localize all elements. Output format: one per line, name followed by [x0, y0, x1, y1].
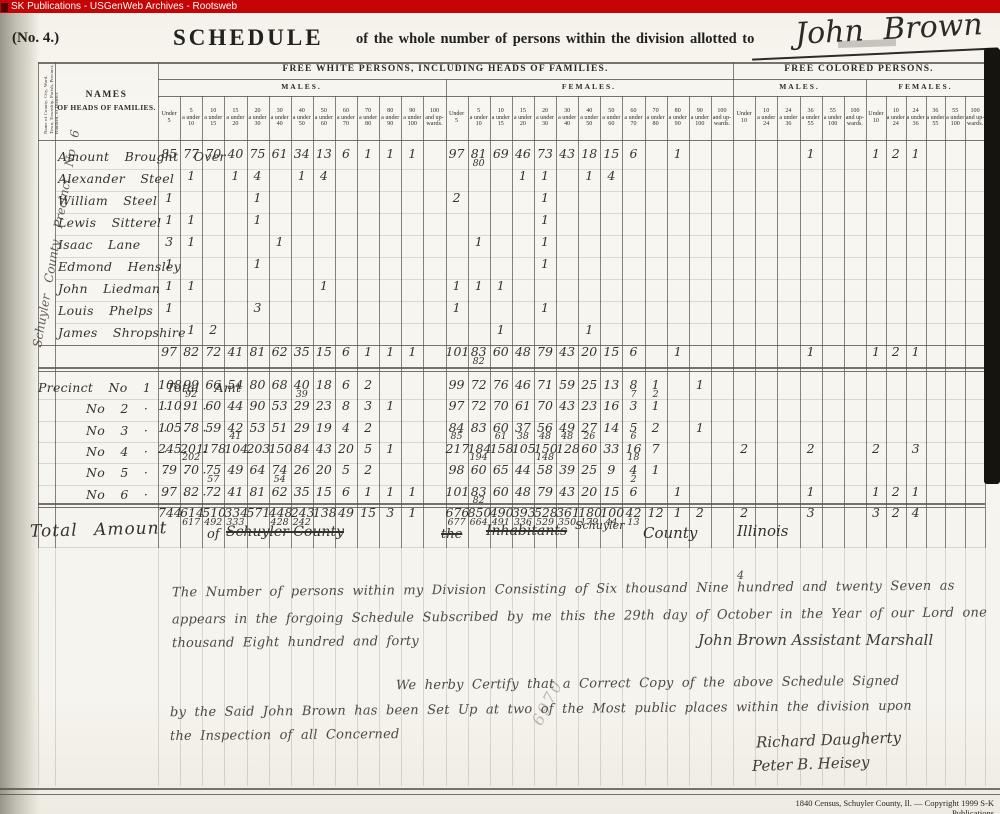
age-column-header: 70 a under 80 [645, 97, 667, 139]
cell-value: 7 [645, 443, 667, 455]
grid-cell: 1 [379, 400, 401, 420]
grid-cell: 72 [202, 346, 224, 367]
grid-cell: 110 [158, 400, 180, 420]
grid-cell: 128 [556, 443, 578, 463]
cell-value: 80 [246, 379, 268, 391]
cell-value: 1 [180, 280, 202, 292]
grid-cell: 7454 [269, 464, 291, 484]
cell-value: 1 [446, 280, 468, 292]
grid-cell: 1 [906, 148, 926, 169]
cell-value: 1 [246, 214, 268, 226]
grid-cell: 2 [202, 324, 224, 345]
cell-value: 49 [224, 464, 246, 476]
grand-total-note: of [207, 527, 220, 542]
grid-vline [755, 96, 756, 548]
grid-cell: 4 [335, 422, 357, 442]
grid-cell: 1 [534, 236, 556, 257]
row-rule [38, 547, 985, 548]
cell-value: 6 [622, 486, 644, 498]
cell-value: 2 [202, 324, 224, 336]
age-column-header: 24 a under 36 [777, 97, 799, 139]
cell-value: 16 [600, 400, 622, 412]
cell-value: 1 [645, 400, 667, 412]
cell-value: 1 [379, 443, 401, 455]
grand-total-note: Schuyler County [226, 524, 344, 540]
cell-value: 48 [512, 346, 534, 358]
white-males-header: MALES. [158, 82, 445, 91]
grid-cell: 1 [158, 280, 180, 301]
grid-cell: 1 [534, 258, 556, 279]
grid-cell: 1 [180, 214, 202, 235]
cell-value: 1 [667, 346, 689, 358]
cell-value: 35 [291, 486, 313, 498]
grid-cell: 1 [512, 170, 534, 191]
names-header-line1: NAMES [55, 90, 158, 100]
cell-value: 79 [534, 346, 556, 358]
cell-value: 245 [158, 443, 180, 455]
age-column-header: Under 5 [158, 97, 180, 139]
cell-value: 1 [313, 280, 335, 292]
grid-ghost-line [247, 548, 248, 786]
grand-total-label: Total Amount [30, 518, 168, 542]
grid-cell: 8485 [446, 422, 468, 442]
grid-cell: 81 [246, 346, 268, 367]
cell-value: 81 [246, 486, 268, 498]
cell-value: 1 [446, 302, 468, 314]
cell-value: 97 [158, 346, 180, 358]
grid-cell: 26 [291, 464, 313, 484]
cell-value: 51 [269, 422, 291, 434]
age-column-header: 10 a under 15 [490, 97, 512, 139]
cell-value: 101 [446, 486, 468, 498]
grid-vline [423, 96, 424, 548]
grid-cell: 59 [202, 422, 224, 442]
grid-cell: 1 [401, 346, 423, 367]
grid-cell: 15 [357, 507, 379, 546]
grid-cell: 1 [645, 400, 667, 420]
grid-cell: 44 [512, 464, 534, 484]
cell-value: 1 [645, 464, 667, 476]
cell-value: 20 [578, 346, 600, 358]
white-females-header: FEMALES. [445, 82, 733, 91]
marshal-signature: John Brown Assistant Marshall [698, 631, 933, 649]
grid-cell: 33 [600, 443, 622, 463]
grid-cell: 43 [556, 346, 578, 367]
grid-cell: 1 [578, 170, 600, 191]
age-column-header: 90 a under 100 [401, 97, 423, 139]
grid-cell: 1 [180, 236, 202, 257]
grid-cell: 4241 [224, 422, 246, 442]
grid-cell: 150 [269, 443, 291, 463]
grid-cell: 158 [490, 443, 512, 463]
cell-value: 4 [600, 170, 622, 182]
cell-value: 2 [886, 507, 906, 519]
cell-value: 1 [534, 302, 556, 314]
grid-cell: 1 [158, 302, 180, 323]
grid-cell: 60 [202, 400, 224, 420]
grid-cell: 43 [313, 443, 335, 463]
cell-value: 84 [291, 443, 313, 455]
cell-value: 60 [490, 346, 512, 358]
household-name: Alexander Steel [58, 171, 174, 186]
grid-cell: 40 [224, 148, 246, 169]
cell-value: 2 [733, 507, 755, 519]
age-column-header: 90 a under 100 [689, 97, 711, 139]
age-column-header: 100 and up- wards. [844, 97, 866, 139]
grand-total-note: County [643, 524, 697, 542]
cell-value: 60 [202, 400, 224, 412]
grid-cell: 72 [468, 400, 490, 420]
cell-value: 58 [534, 464, 556, 476]
grid-cell: 68 [269, 379, 291, 399]
cell-value: 76 [490, 379, 512, 391]
grid-cell: 97 [158, 486, 180, 506]
cell-value: 1 [800, 346, 822, 358]
grid-cell: 2 [886, 486, 906, 506]
grid-cell: 6 [622, 486, 644, 506]
grid-cell: 48 [512, 346, 534, 367]
cell-value: 5 [357, 443, 379, 455]
cell-value: 33 [600, 443, 622, 455]
grid-cell: 217 [446, 443, 468, 463]
grid-cell: 2 [446, 192, 468, 213]
grid-hline [0, 788, 1000, 790]
grid-cell: 1 [357, 148, 379, 169]
cell-value: 4 [313, 170, 335, 182]
grid-cell: 79 [534, 486, 556, 506]
grid-cell: 18 [313, 379, 335, 399]
age-column-header: 10 a under 24 [886, 97, 906, 139]
grid-cell: 1 [269, 236, 291, 257]
cell-value: 43 [556, 148, 578, 160]
grid-cell: 80 [246, 379, 268, 399]
cell-value: 1 [357, 148, 379, 160]
grid-cell: 43 [556, 148, 578, 169]
grid-cell: 8382 [468, 346, 490, 367]
grid-cell: 6 [335, 379, 357, 399]
grid-cell: 70 [180, 464, 202, 484]
cell-value: 3 [246, 302, 268, 314]
age-column-header: Under 5 [446, 97, 468, 139]
grid-cell: 73 [534, 148, 556, 169]
grid-vline [55, 62, 56, 548]
cell-value: 571 [246, 507, 268, 519]
cell-value: 41 [224, 346, 246, 358]
cell-value: 53 [246, 422, 268, 434]
cell-value: 20 [578, 486, 600, 498]
cell-value: 2 [886, 148, 906, 160]
grid-cell: 1 [906, 346, 926, 367]
grid-cell: 15 [600, 148, 622, 169]
grid-cell: 71 [534, 379, 556, 399]
grid-cell: 13 [313, 148, 335, 169]
grid-cell: 108 [158, 379, 180, 399]
cell-value: 62 [269, 346, 291, 358]
cell-value: 72 [202, 346, 224, 358]
cell-value: 15 [313, 346, 335, 358]
row-rule [55, 191, 985, 192]
grid-cell: 101 [446, 486, 468, 506]
cell-value: 73 [534, 148, 556, 160]
grid-cell: 201202 [180, 443, 202, 463]
cell-value: 158 [490, 443, 512, 455]
age-column-header: 10 a under 15 [202, 97, 224, 139]
grid-cell: 245 [158, 443, 180, 463]
grid-cell: 1 [468, 280, 490, 301]
cell-value: 3 [906, 443, 926, 455]
cell-value: 1 [224, 170, 246, 182]
grid-cell: 61 [512, 400, 534, 420]
grid-cell: 13 [600, 379, 622, 399]
cell-value: 2 [689, 507, 711, 519]
grid-cell: 1 [800, 346, 822, 367]
grid-cell: 41 [224, 346, 246, 367]
cell-value: 54 [224, 379, 246, 391]
grid-cell: 49 [224, 464, 246, 484]
grid-cell: 2 [886, 148, 906, 169]
household-name: Isaac Lane [58, 237, 140, 252]
grid-cell: 84 [291, 443, 313, 463]
grid-cell: 1 [158, 192, 180, 213]
grid-cell: 1 [534, 170, 556, 191]
cell-value: 1 [534, 170, 556, 182]
grid-cell: 4213 [622, 507, 644, 546]
grid-cell: 2 [800, 443, 822, 463]
district-stub-header: Name of County, City, Ward, Town, Townsh… [43, 64, 60, 134]
grid-cell: 1 [866, 346, 886, 367]
grid-cell: 23 [313, 400, 335, 420]
grid-cell: 1 [446, 280, 468, 301]
cell-value: 1 [180, 324, 202, 336]
grid-cell: 65 [490, 464, 512, 484]
cell-value: 2 [866, 443, 886, 455]
grid-cell: 9 [600, 464, 622, 484]
cell-value: 41 [224, 486, 246, 498]
cell-value: 1 [578, 170, 600, 182]
cell-value: 1 [866, 486, 886, 498]
cell-value: 1 [667, 486, 689, 498]
cell-value: 69 [490, 148, 512, 160]
certification-line-3: the Inspection of all Concerned [170, 727, 400, 744]
cell-value: 1 [379, 148, 401, 160]
age-column-header: 100 and up- wards. [423, 97, 445, 139]
grid-cell: 1 [180, 280, 202, 301]
colored-males-header: MALES. [733, 82, 866, 91]
cell-value: 2 [357, 379, 379, 391]
age-column-header: 20 a under 30 [534, 97, 556, 139]
cell-value: 1 [468, 236, 490, 248]
cell-value: 3 [800, 507, 822, 519]
age-column-header: 60 a under 70 [622, 97, 644, 139]
age-column-header: 15 a under 20 [224, 97, 246, 139]
grid-cell: 43 [556, 486, 578, 506]
grid-cell: 1 [667, 486, 689, 506]
cell-value: 1 [246, 258, 268, 270]
grid-cell: 85 [158, 148, 180, 169]
grid-cell: 1 [667, 148, 689, 169]
household-name: Louis Phelps [58, 303, 153, 318]
age-column-header: 80 a under 90 [379, 97, 401, 139]
grid-ghost-line [224, 548, 225, 786]
cell-value: 1 [534, 236, 556, 248]
cell-value: 2 [645, 422, 667, 434]
grid-cell: 4 [600, 170, 622, 191]
cell-value: 72 [468, 400, 490, 412]
household-name: Lewis Sitterel [58, 215, 161, 230]
grid-cell: 79 [534, 346, 556, 367]
grid-cell: 66 [202, 379, 224, 399]
grid-cell: 97 [446, 148, 468, 169]
cell-value: 97 [158, 486, 180, 498]
grid-ghost-line [180, 548, 181, 786]
cell-value: 9 [600, 464, 622, 476]
cell-value: 1 [490, 280, 512, 292]
grid-cell: 6 [335, 346, 357, 367]
grid-cell: 41 [224, 486, 246, 506]
colored-females-header: FEMALES. [866, 82, 985, 91]
grid-cell: 1 [401, 486, 423, 506]
cell-value: 1 [906, 148, 926, 160]
grid-cell: 23 [578, 400, 600, 420]
grid-cell: 1 [379, 486, 401, 506]
cell-value: 1 [158, 302, 180, 314]
cell-value: 23 [578, 400, 600, 412]
cell-value: 1 [534, 258, 556, 270]
cell-value: 138 [313, 507, 335, 519]
cell-value: 1 [468, 280, 490, 292]
age-column-header: Under 10 [866, 97, 886, 139]
grid-cell: 82 [180, 346, 202, 367]
cell-value: 1 [269, 236, 291, 248]
cell-value: 3 [158, 236, 180, 248]
cell-value: 43 [313, 443, 335, 455]
cell-value: 104 [224, 443, 246, 455]
cell-value: 70 [490, 400, 512, 412]
cell-value: 26 [291, 464, 313, 476]
cell-value: 4 [906, 507, 926, 519]
cell-value: 1 [180, 236, 202, 248]
cell-value: 85 [158, 148, 180, 160]
age-column-header: 5 a under 10 [180, 97, 202, 139]
grid-cell: 4 [246, 170, 268, 191]
row-rule [55, 257, 985, 258]
grid-cell: 1 [379, 443, 401, 463]
grid-hline [38, 140, 985, 141]
copyright-note: 1840 Census, Schuyler County, Il. — Copy… [758, 798, 994, 814]
grand-total-note: Illinois [737, 522, 789, 540]
grid-cell: 72 [468, 379, 490, 399]
grid-cell: 54 [224, 379, 246, 399]
grand-total-note: Schuyler [575, 519, 624, 532]
grid-cell: 99 [446, 379, 468, 399]
grid-vline [777, 96, 778, 548]
cell-value: 1 [158, 280, 180, 292]
grid-cell: 29 [291, 400, 313, 420]
grid-cell: 78 [180, 422, 202, 442]
grid-cell: 1 [645, 464, 667, 484]
grid-cell: 1 [246, 258, 268, 279]
grid-cell: 1 [379, 346, 401, 367]
cell-value: 1 [667, 148, 689, 160]
grid-cell: 3 [906, 443, 926, 463]
cell-value: 1 [158, 192, 180, 204]
age-column-header: 40 a under 50 [291, 97, 313, 139]
grid-cell: 3738 [512, 422, 534, 442]
grid-cell: 34 [291, 148, 313, 169]
age-column-header: 24 a under 36 [906, 97, 926, 139]
row-rule [55, 301, 985, 302]
cell-value: 1 [401, 346, 423, 358]
age-column-header: 55 a under 100 [945, 97, 965, 139]
grid-cell: 46 [512, 379, 534, 399]
grid-cell: 2726 [578, 422, 600, 442]
grid-vline [965, 96, 966, 548]
grid-cell: 1 [224, 170, 246, 191]
grid-cell: 91 [180, 400, 202, 420]
cell-value: 29 [291, 422, 313, 434]
grid-cell: 1 [401, 148, 423, 169]
cell-value: 1 [357, 346, 379, 358]
cell-value: 8 [335, 400, 357, 412]
grid-cell: 5 [357, 443, 379, 463]
cell-value: 29 [291, 400, 313, 412]
grid-cell: 60 [468, 464, 490, 484]
age-column-header: 36 a under 55 [925, 97, 945, 139]
cell-value: 46 [512, 379, 534, 391]
cell-value: 3 [357, 400, 379, 412]
grid-cell: 2 [357, 422, 379, 442]
cell-value: 108 [158, 379, 180, 391]
grid-cell: 70 [490, 400, 512, 420]
cell-value: 90 [246, 400, 268, 412]
cell-value: 1 [180, 214, 202, 226]
cell-value: 1 [866, 346, 886, 358]
grid-cell: 1 [800, 486, 822, 506]
age-column-header: 60 a under 70 [335, 97, 357, 139]
age-column-header: 50 a under 60 [313, 97, 335, 139]
grid-cell: 39 [556, 464, 578, 484]
grid-cell: 1 [158, 214, 180, 235]
cell-value: 13 [313, 148, 335, 160]
grid-cell: 1 [158, 258, 180, 279]
cell-value: 105 [512, 443, 534, 455]
grid-cell: 203 [246, 443, 268, 463]
grid-cell: 6 [335, 148, 357, 169]
cell-value: 178 [202, 443, 224, 455]
grid-cell: 9992 [180, 379, 202, 399]
grid-cell: 8 [335, 400, 357, 420]
age-column-header: Under 10 [733, 97, 755, 139]
insertion-mark: 4 [737, 569, 744, 582]
cell-value: 70 [202, 148, 224, 160]
cell-value: 91 [180, 400, 202, 412]
grid-ghost-line [38, 548, 39, 786]
cell-value: 1 [578, 324, 600, 336]
grid-cell: 90 [246, 400, 268, 420]
grid-cell: 150148 [534, 443, 556, 463]
cell-value: 59 [202, 422, 224, 434]
cell-value: 1 [667, 507, 689, 519]
grid-cell: 1 [490, 280, 512, 301]
grand-total-note: Inhabitants [486, 523, 567, 539]
grid-cell: 2 [886, 346, 906, 367]
cell-value: 1 [534, 192, 556, 204]
cell-value: 44 [224, 400, 246, 412]
grid-vline [689, 96, 690, 548]
household-name: John Liedman [58, 281, 160, 296]
grid-cell: 1 [534, 302, 556, 323]
grid-cell: 1 [906, 486, 926, 506]
